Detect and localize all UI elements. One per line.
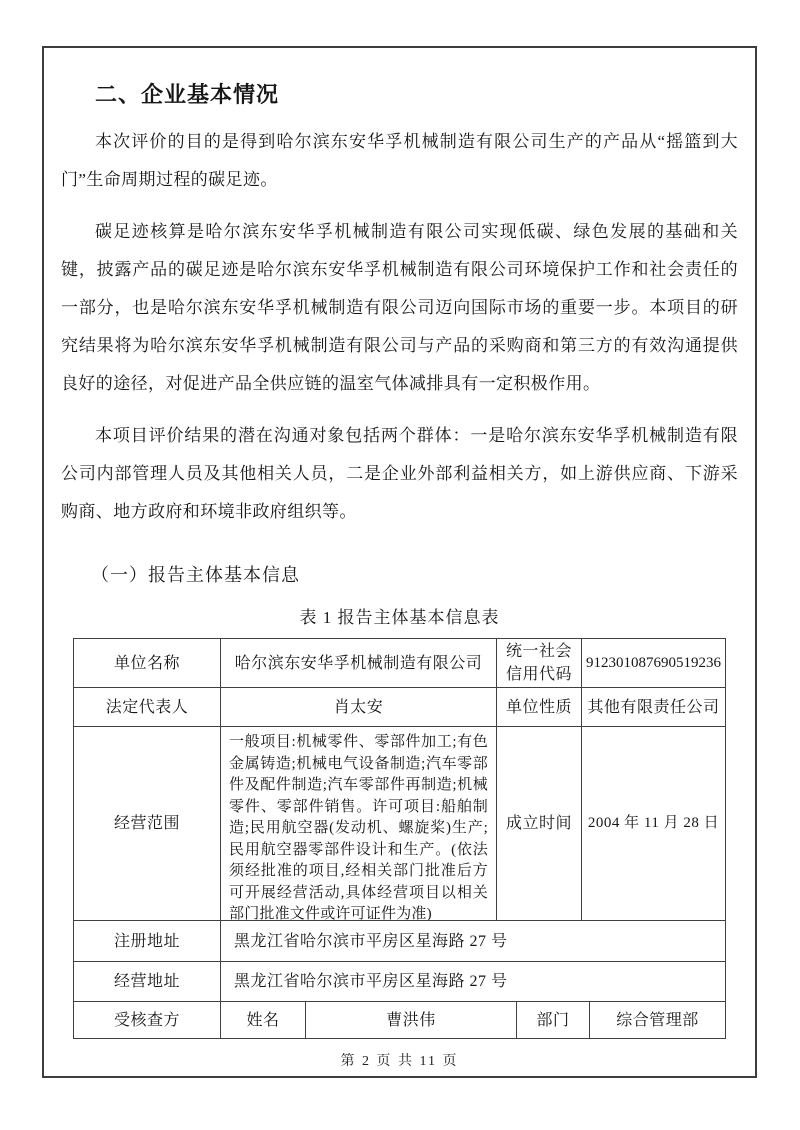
establishment-date-label: 成立时间 [497,727,582,921]
table-row-business-address: 经营地址 黑龙江省哈尔滨市平房区星海路 27 号 [74,962,726,1002]
unit-type-label: 单位性质 [497,688,582,727]
business-scope-label: 经营范围 [74,727,221,921]
legal-representative-value: 肖太安 [221,688,497,727]
credit-code-value: 912301087690519236 [582,639,726,688]
basic-info-table: 单位名称 哈尔滨东安华孚机械制造有限公司 统一社会信用代码 9123010876… [73,638,726,1039]
unit-type-value: 其他有限责任公司 [582,688,726,727]
legal-representative-label: 法定代表人 [74,688,221,727]
table-row-business-scope: 经营范围 一般项目:机械零件、零部件加工;有色金属铸造;机械电气设备制造;汽车零… [74,727,726,921]
table-row-legal-representative: 法定代表人 肖太安 单位性质 其他有限责任公司 [74,688,726,727]
table-row-registered-address: 注册地址 黑龙江省哈尔滨市平房区星海路 27 号 [74,921,726,962]
business-scope-value: 一般项目:机械零件、零部件加工;有色金属铸造;机械电气设备制造;汽车零部件及配件… [221,727,497,921]
auditee-dept-label: 部门 [517,1002,590,1039]
auditee-name-value: 曹洪伟 [306,1002,517,1039]
table-caption: 表 1 报告主体基本信息表 [61,603,738,628]
page-frame: 二、企业基本情况 本次评价的目的是得到哈尔滨东安华孚机械制造有限公司生产的产品从… [42,46,757,1078]
auditee-dept-value: 综合管理部 [590,1002,726,1039]
establishment-date-value: 2004 年 11 月 28 日 [582,727,726,921]
paragraph-audience: 本项目评价结果的潜在沟通对象包括两个群体：一是哈尔滨东安华孚机械制造有限公司内部… [61,417,738,531]
page-content: 二、企业基本情况 本次评价的目的是得到哈尔滨东安华孚机械制造有限公司生产的产品从… [44,48,755,1039]
registered-address-value: 黑龙江省哈尔滨市平房区星海路 27 号 [221,921,726,962]
business-address-value: 黑龙江省哈尔滨市平房区星海路 27 号 [221,962,726,1002]
business-address-label: 经营地址 [74,962,221,1002]
unit-name-label: 单位名称 [74,639,221,688]
paragraph-purpose: 本次评价的目的是得到哈尔滨东安华孚机械制造有限公司生产的产品从“摇篮到大门”生命… [61,123,738,199]
table-row-unit-name: 单位名称 哈尔滨东安华孚机械制造有限公司 统一社会信用代码 9123010876… [74,639,726,688]
table-row-auditee: 受核查方 姓名 曹洪伟 部门 综合管理部 [74,1002,726,1039]
subsection-heading: （一）报告主体基本信息 [91,561,738,587]
auditee-name-label: 姓名 [221,1002,306,1039]
paragraph-significance: 碳足迹核算是哈尔滨东安华孚机械制造有限公司实现低碳、绿色发展的基础和关键，披露产… [61,213,738,403]
registered-address-label: 注册地址 [74,921,221,962]
credit-code-label: 统一社会信用代码 [497,639,582,688]
unit-name-value: 哈尔滨东安华孚机械制造有限公司 [221,639,497,688]
section-heading: 二、企业基本情况 [95,78,738,109]
page-footer: 第 2 页 共 11 页 [44,1050,755,1070]
auditee-label: 受核查方 [74,1002,221,1039]
